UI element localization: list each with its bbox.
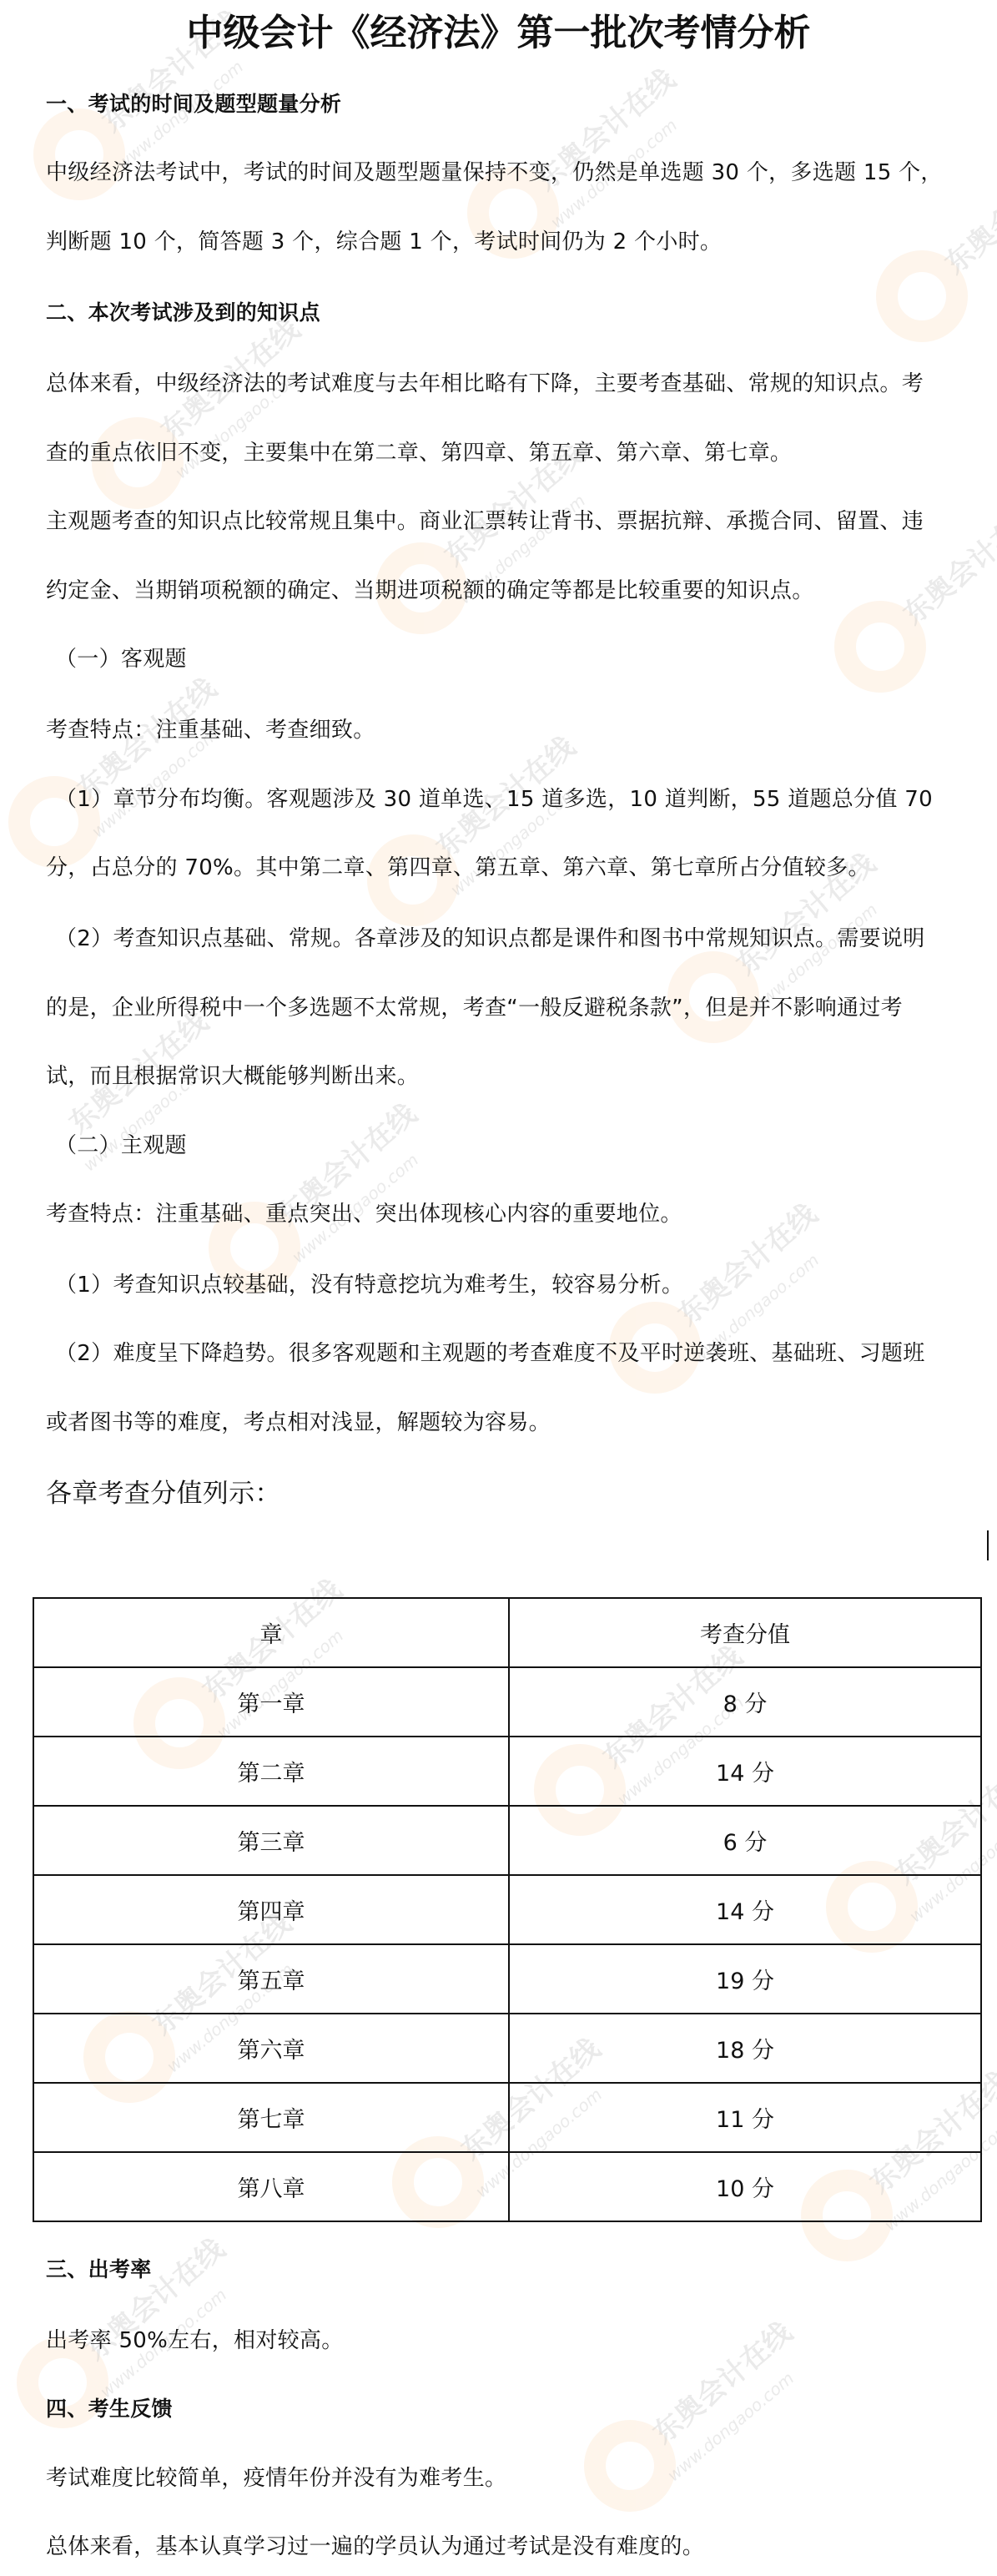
watermark-url: www.dongaoo.com <box>663 2368 798 2486</box>
subheading-subjective: （二）主观题 <box>55 1132 187 1160</box>
score-cell: 6 分 <box>509 1806 981 1875</box>
table-row: 第一章 8 分 <box>33 1667 981 1737</box>
subheading-objective: （一）客观题 <box>55 645 187 673</box>
chapter-cell: 第一章 <box>33 1667 509 1737</box>
paragraph-line: 的是，企业所得税中一个多选题不太常规，考查“一般反避税条款”，但是并不影响通过考 <box>46 994 903 1022</box>
score-cell: 14 分 <box>509 1737 981 1806</box>
section-heading-4: 四、考生反馈 <box>46 2395 173 2423</box>
watermark-logo-icon <box>876 250 968 342</box>
paragraph-line: （2）难度呈下降趋势。很多客观题和主观题的考查难度不及平时逆袭班、基础班、习题班 <box>55 1339 925 1368</box>
score-cell: 18 分 <box>509 2014 981 2083</box>
paragraph-line: 中级经济法考试中，考试的时间及题型题量保持不变，仍然是单选题 30 个，多选题 … <box>46 159 943 187</box>
section-heading-2: 二、本次考试涉及到的知识点 <box>46 299 320 327</box>
watermark-brand: 东奥会计在线 <box>667 1192 824 1333</box>
paragraph-line: 或者图书等的难度，考点相对浅显，解题较为容易。 <box>46 1409 551 1437</box>
section-heading-3: 三、出考率 <box>46 2256 152 2284</box>
score-cell: 19 分 <box>509 1944 981 2014</box>
section-heading-1: 一、考试的时间及题型题量分析 <box>46 90 341 118</box>
score-cell: 8 分 <box>509 1667 981 1737</box>
page-title: 中级会计《经济法》第一批次考情分析 <box>0 10 997 57</box>
watermark-logo-icon <box>584 2420 676 2512</box>
paragraph-line: 判断题 10 个，简答题 3 个，综合题 1 个，考试时间仍为 2 个小时。 <box>46 228 722 256</box>
paragraph-line: 试，而且根据常识大概能够判断出来。 <box>46 1062 419 1091</box>
paragraph-line: 总体来看，基本认真学习过一遍的学员认为通过考试是没有难度的。 <box>46 2533 704 2561</box>
text-cursor <box>987 1530 989 1560</box>
paragraph-line: 总体来看，中级经济法的考试难度与去年相比略有下降，主要考查基础、常规的知识点。考 <box>46 370 924 398</box>
score-cell: 11 分 <box>509 2083 981 2152</box>
watermark-logo-icon <box>834 601 926 693</box>
paragraph-line: （1）考查知识点较基础，没有特意挖坑为难考生，较容易分析。 <box>55 1271 683 1299</box>
score-cell: 10 分 <box>509 2152 981 2221</box>
paragraph-line: 约定金、当期销项税额的确定、当期进项税额的确定等都是比较重要的知识点。 <box>46 577 814 605</box>
paragraph-line: 考查特点：注重基础、重点突出、突出体现核心内容的重要地位。 <box>46 1200 682 1228</box>
chapter-cell: 第五章 <box>33 1944 509 2014</box>
paragraph-line: 查的重点依旧不变，主要集中在第二章、第四章、第五章、第六章、第七章。 <box>46 439 792 467</box>
watermark-brand: 东奥会计在线 <box>642 2311 799 2452</box>
table-row: 第八章 10 分 <box>33 2152 981 2221</box>
paragraph-line: 考试难度比较简单，疫情年份并没有为难考生。 <box>46 2464 506 2493</box>
column-header-chapter: 章 <box>33 1598 509 1667</box>
table-row: 第六章 18 分 <box>33 2014 981 2083</box>
paragraph-line: 出考率 50%左右，相对较高。 <box>46 2326 344 2355</box>
table-row: 第二章 14 分 <box>33 1737 981 1806</box>
chapter-cell: 第二章 <box>33 1737 509 1806</box>
table-row: 第三章 6 分 <box>33 1806 981 1875</box>
column-header-score: 考查分值 <box>509 1598 981 1667</box>
paragraph-line: 分，占总分的 70%。其中第二章、第四章、第五章、第六章、第七章所占分值较多。 <box>46 854 870 882</box>
score-cell: 14 分 <box>509 1875 981 1944</box>
table-caption: 各章考查分值列示： <box>46 1480 281 1508</box>
chapter-cell: 第六章 <box>33 2014 509 2083</box>
chapter-cell: 第八章 <box>33 2152 509 2221</box>
table-header-row: 章 考查分值 <box>33 1598 981 1667</box>
chapter-cell: 第七章 <box>33 2083 509 2152</box>
paragraph-line: （1）章节分布均衡。客观题涉及 30 道单选、15 道多选，10 道判断，55 … <box>55 785 933 814</box>
watermark-brand: 东奥会计在线 <box>934 141 997 282</box>
paragraph-line: 主观题考查的知识点比较常规且集中。商业汇票转让背书、票据抗辩、承揽合同、留置、违 <box>46 507 924 536</box>
chapter-cell: 第三章 <box>33 1806 509 1875</box>
chapter-score-table: 章 考查分值 第一章 8 分 第二章 14 分 第三章 6 分 第四章 14 分… <box>33 1597 982 2222</box>
chapter-cell: 第四章 <box>33 1875 509 1944</box>
paragraph-line: （2）考查知识点基础、常规。各章涉及的知识点都是课件和图书中常规知识点。需要说明 <box>55 925 925 953</box>
table-row: 第五章 19 分 <box>33 1944 981 2014</box>
table-row: 第七章 11 分 <box>33 2083 981 2152</box>
paragraph-line: 考查特点：注重基础、考查细致。 <box>46 716 375 744</box>
table-row: 第四章 14 分 <box>33 1875 981 1944</box>
